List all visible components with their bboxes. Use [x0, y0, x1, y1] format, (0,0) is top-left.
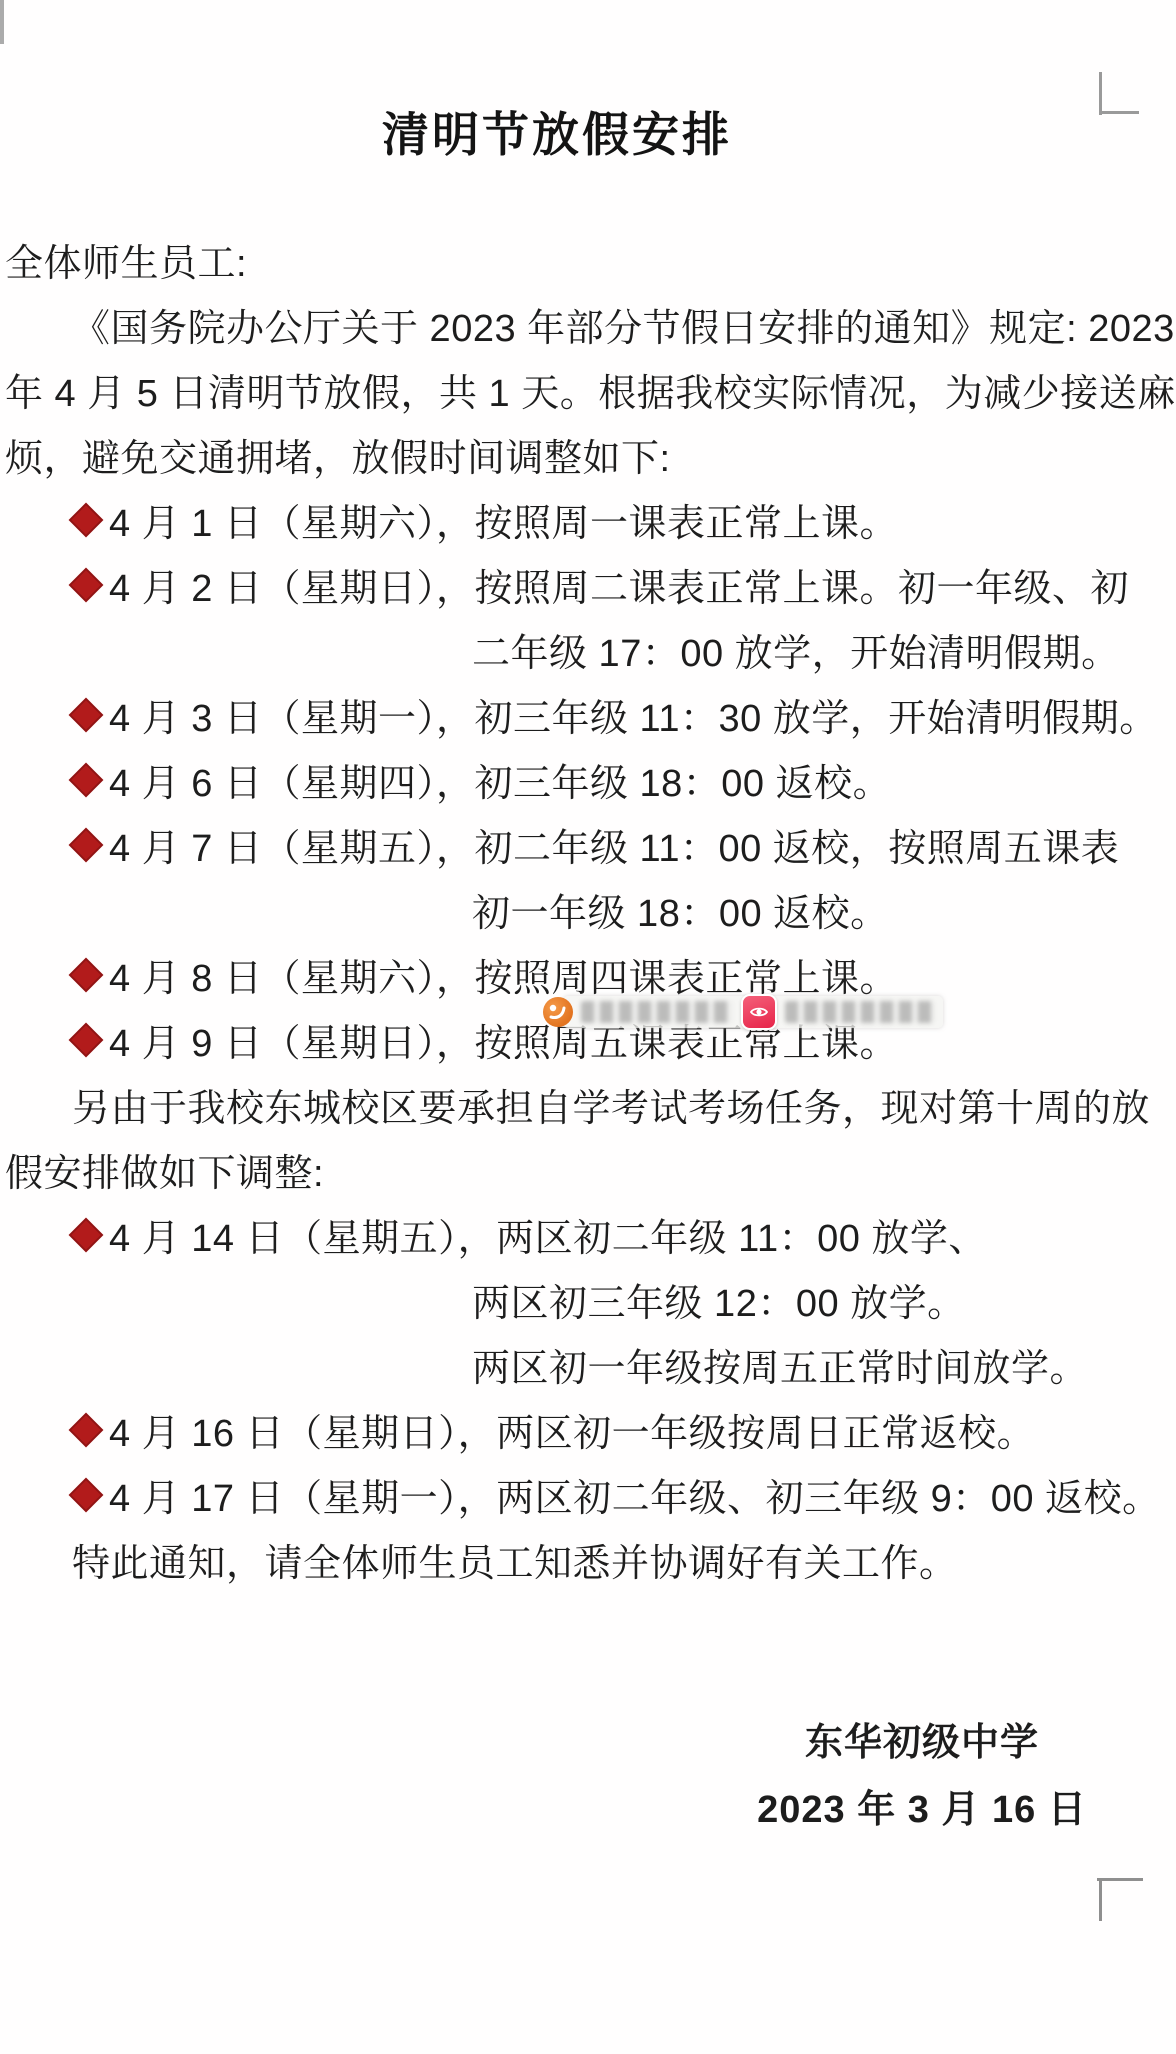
- red-diamond-icon: [69, 697, 104, 732]
- pink-eye-icon: [741, 994, 777, 1030]
- schedule-item: 4 月 3 日（星期一），初三年级 11：30 放学，开始清明假期。: [0, 682, 1176, 747]
- schedule-item: 4 月 2 日（星期日），按照周二课表正常上课。初一年级、初: [0, 552, 1176, 617]
- red-diamond-icon: [69, 567, 104, 602]
- schedule-text: 4 月 17 日（星期一），两区初二年级、初三年级 9：00 返校。: [109, 1467, 1161, 1522]
- schedule-text: 4 月 1 日（星期六），按照周一课表正常上课。: [109, 492, 898, 547]
- schedule-continuation: 二年级 17：00 放学，开始清明假期。: [0, 617, 1176, 682]
- signature-block: 东华初级中学 2023 年 3 月 16 日: [672, 1705, 1172, 1839]
- schedule-item: 4 月 14 日（星期五），两区初二年级 11：00 放学、: [0, 1202, 1176, 1267]
- red-diamond-icon: [69, 1217, 104, 1252]
- schedule-item: 4 月 1 日（星期六），按照周一课表正常上课。: [0, 487, 1176, 552]
- red-diamond-icon: [69, 1022, 104, 1057]
- schedule-text: 4 月 2 日（星期日），按照周二课表正常上课。初一年级、初: [109, 557, 1129, 612]
- schedule-continuation: 初一年级 18：00 返校。: [0, 877, 1176, 942]
- signature-date: 2023 年 3 月 16 日: [672, 1772, 1172, 1839]
- schedule-item: 4 月 6 日（星期四），初三年级 18：00 返校。: [0, 747, 1176, 812]
- schedule-continuation: 两区初一年级按周五正常时间放学。: [0, 1332, 1176, 1397]
- schedule-text: 4 月 14 日（星期五），两区初二年级 11：00 放学、: [109, 1207, 987, 1262]
- orange-swirl-icon: [543, 997, 573, 1027]
- red-diamond-icon: [69, 827, 104, 862]
- signature-school: 东华初级中学: [672, 1705, 1172, 1772]
- schedule-text: 4 月 3 日（星期一），初三年级 11：30 放学，开始清明假期。: [109, 687, 1158, 742]
- corner-mark-bottom-right: [1097, 1878, 1143, 1881]
- notice-title: 清明节放假安排: [0, 98, 1176, 165]
- red-diamond-icon: [69, 1477, 104, 1512]
- paragraph-line: 年 4 月 5 日清明节放假，共 1 天。根据我校实际情况，为减少接送麻: [0, 357, 1176, 422]
- watermark-text-blurred: [581, 1001, 733, 1023]
- red-diamond-icon: [69, 502, 104, 537]
- corner-mark-bottom-right: [1099, 1878, 1102, 1921]
- red-diamond-icon: [69, 957, 104, 992]
- closing-line: 特此通知，请全体师生员工知悉并协调好有关工作。: [0, 1527, 1176, 1592]
- red-diamond-icon: [69, 1412, 104, 1447]
- schedule-item: 4 月 17 日（星期一），两区初二年级、初三年级 9：00 返校。: [0, 1462, 1176, 1527]
- paragraph-line: 假安排做如下调整:: [0, 1137, 1176, 1202]
- salutation: 全体师生员工:: [0, 227, 1176, 292]
- watermark-text-blurred: [785, 1001, 935, 1023]
- red-diamond-icon: [69, 762, 104, 797]
- paragraph-line: 《国务院办公厅关于 2023 年部分节假日安排的通知》规定: 2023: [0, 292, 1176, 357]
- notice-body: 全体师生员工: 《国务院办公厅关于 2023 年部分节假日安排的通知》规定: 2…: [0, 227, 1176, 1592]
- schedule-text: 4 月 6 日（星期四），初三年级 18：00 返校。: [109, 752, 891, 807]
- watermark: [543, 991, 943, 1033]
- schedule-text: 4 月 7 日（星期五），初二年级 11：00 返校，按照周五课表: [109, 817, 1119, 872]
- schedule-item: 4 月 16 日（星期日），两区初一年级按周日正常返校。: [0, 1397, 1176, 1462]
- schedule-text: 4 月 16 日（星期日），两区初一年级按周日正常返校。: [109, 1402, 1035, 1457]
- paragraph-line: 另由于我校东城校区要承担自学考试考场任务，现对第十周的放: [0, 1072, 1176, 1137]
- schedule-continuation: 两区初三年级 12：00 放学。: [0, 1267, 1176, 1332]
- corner-mark-bottom-left: [0, 0, 4, 44]
- notice-document: 清明节放假安排 全体师生员工: 《国务院办公厅关于 2023 年部分节假日安排的…: [0, 0, 1176, 2054]
- paragraph-line: 烦，避免交通拥堵，放假时间调整如下:: [0, 422, 1176, 487]
- schedule-item: 4 月 7 日（星期五），初二年级 11：00 返校，按照周五课表: [0, 812, 1176, 877]
